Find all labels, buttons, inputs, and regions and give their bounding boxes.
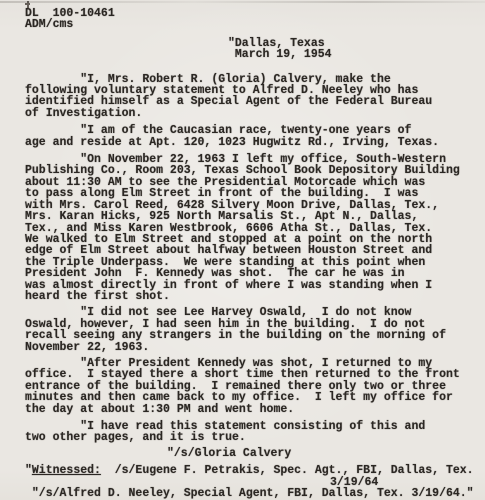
paragraph-introduction: "I, Mrs. Robert R. (Gloria) Calvery, mak… bbox=[25, 74, 475, 120]
file-number: DL 100-10461 bbox=[25, 8, 475, 19]
document-header: DL 100-10461 ADM/cms bbox=[25, 8, 475, 31]
paragraph-personal-info: "I am of the Caucasian race, twenty-one … bbox=[25, 125, 475, 148]
witnessed-block: "Witnessed: /s/Eugene F. Petrakis, Spec.… bbox=[25, 465, 475, 499]
signature-line: "/s/Gloria Calvery bbox=[167, 448, 475, 459]
scanned-document-page: DL 100-10461 ADM/cms "Dallas, Texas Marc… bbox=[0, 0, 485, 500]
paragraph-oswald-statement: "I did not see Lee Harvey Oswald, I do n… bbox=[25, 307, 475, 353]
typist-initials: ADM/cms bbox=[25, 19, 475, 30]
first-witness-signature: /s/Eugene F. Petrakis, Spec. Agt., FBI, … bbox=[101, 464, 474, 477]
witnessed-label: Witnessed: bbox=[32, 464, 101, 477]
witnessed-open-quote: " bbox=[25, 464, 32, 477]
dateline: "Dallas, Texas March 19, 1954 bbox=[228, 38, 475, 61]
scan-streak-top bbox=[0, 1, 485, 3]
second-witness-line: "/s/Alfred D. Neeley, Special Agent, FBI… bbox=[25, 488, 475, 499]
witnessed-line-1: "Witnessed: /s/Eugene F. Petrakis, Spec.… bbox=[25, 465, 475, 476]
document-content: DL 100-10461 ADM/cms "Dallas, Texas Marc… bbox=[25, 8, 475, 499]
paragraph-after-shooting: "After President Kennedy was shot, I ret… bbox=[25, 358, 475, 415]
paragraph-attestation: "I have read this statement consisting o… bbox=[25, 421, 475, 444]
paragraph-motorcade-account: "On November 22, 1963 I left my office, … bbox=[25, 154, 475, 302]
